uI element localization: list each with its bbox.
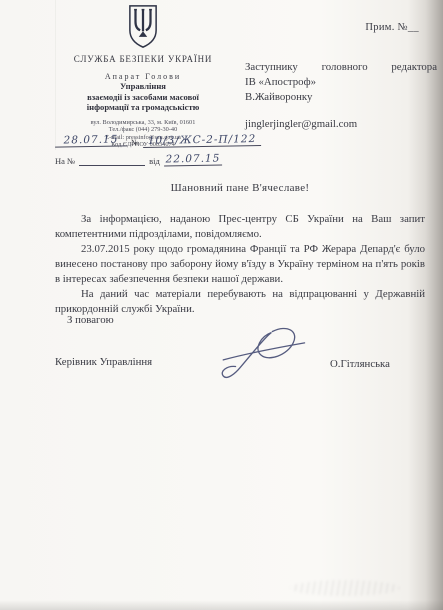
dept-line-2: Управління <box>55 81 231 92</box>
outgoing-number-line: 28.07.15 № 10/3/ЖС-2-П/122 <box>55 134 265 147</box>
recipient-title: Заступнику головного редактора <box>245 60 437 75</box>
copy-number-label: Прим. №__ <box>365 22 419 33</box>
handwritten-incoming-date: 22.07.15 <box>164 152 222 166</box>
na-number-label: На № <box>55 156 75 166</box>
reference-block: 28.07.15 № 10/3/ЖС-2-П/122 На № від 22.0… <box>55 134 265 166</box>
body-paragraph-1: За інформацією, наданою Прес-центру СБ У… <box>55 212 425 242</box>
dept-line-1: Апарат Голови <box>55 72 231 81</box>
recipient-name: В.Жайворонку <box>245 90 437 105</box>
incoming-number-line: На № від 22.07.15 <box>55 153 265 166</box>
signature-scribble-icon <box>210 322 314 394</box>
salutation: Шановний пане В'ячеславе! <box>55 182 425 194</box>
vid-label: від <box>149 156 160 166</box>
ukraine-trident-icon <box>127 4 159 49</box>
org-name: СЛУЖБА БЕЗПЕКИ УКРАЇНИ <box>55 54 231 64</box>
handwritten-ref-number: 10/3/ЖС-2-П/122 <box>143 133 261 148</box>
closing-phrase: З повагою <box>55 314 114 326</box>
number-sign-label: № <box>131 138 139 147</box>
scan-edge-shadow <box>0 600 443 610</box>
body-paragraph-3: На даний час матеріали перебувають на ві… <box>55 287 425 317</box>
blank-underline <box>79 155 145 166</box>
body-paragraph-2: 23.07.2015 року щодо громадянина Франції… <box>55 242 425 287</box>
scan-smudge-artifact <box>290 580 400 596</box>
recipient-email: jinglerjingler@gmail.com <box>245 117 437 132</box>
letterhead-block: СЛУЖБА БЕЗПЕКИ УКРАЇНИ Апарат Голови Упр… <box>55 4 231 149</box>
signer-name: О.Гітлянська <box>330 358 390 370</box>
signer-title: Керівник Управління <box>55 356 152 368</box>
org-phone: Тел./факс (044) 279-30-40 <box>55 126 231 134</box>
dept-line-4: інформації та громадськістю <box>55 102 231 113</box>
org-street: вул. Володимирська, 33, м. Київ, 01601 <box>55 119 231 127</box>
recipient-block: Заступнику головного редактора ІВ «Апост… <box>245 60 437 132</box>
recipient-org: ІВ «Апостроф» <box>245 75 437 90</box>
scanned-letter-page: Прим. №__ СЛУЖБА БЕЗПЕКИ УКРАЇНИ Апарат … <box>0 0 443 610</box>
letter-body: За інформацією, наданою Прес-центру СБ У… <box>55 212 425 317</box>
handwritten-date: 28.07.15 <box>55 133 127 147</box>
dept-line-3: взаємодії із засобами масової <box>55 92 231 103</box>
